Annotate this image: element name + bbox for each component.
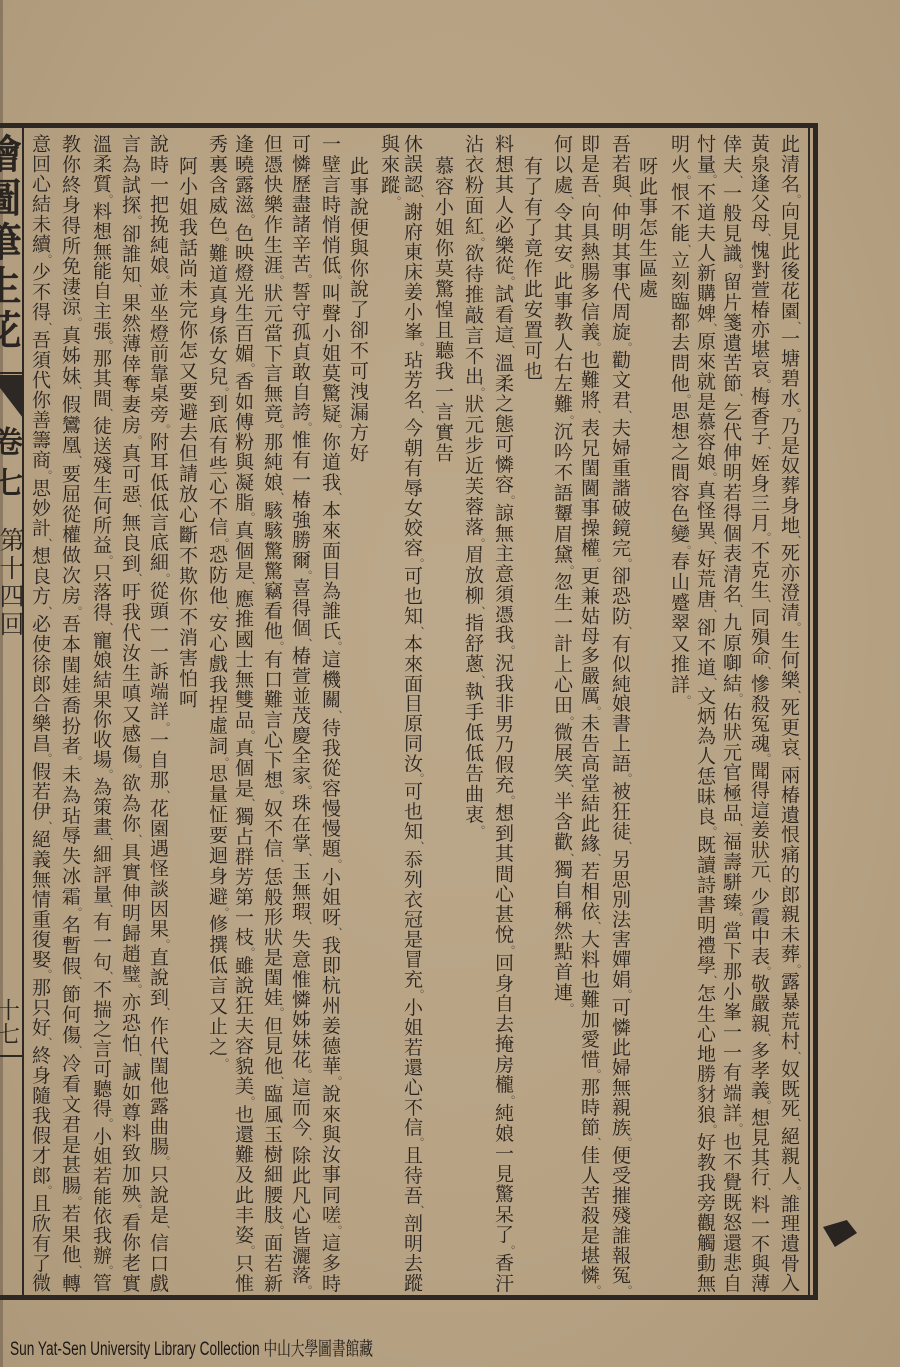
circle-punctuation: 。 [412,1137,425,1149]
chapter-label: 第十四回 [0,527,23,639]
dot-punctuation: 、 [300,638,313,650]
dot-punctuation: 、 [589,194,602,206]
dot-punctuation: 、 [272,1076,285,1088]
circle-punctuation: 。 [473,538,486,549]
dot-punctuation: 、 [789,757,802,769]
dot-punctuation: 、 [589,1137,602,1149]
circle-punctuation: 。 [473,237,486,248]
dot-punctuation: 、 [759,879,772,891]
circle-punctuation: 。 [330,1076,343,1088]
dot-punctuation: 、 [101,971,114,983]
text-column: 明火。恨不能、立刻臨都去問他。思想之間容色變。春山蹙翠又推詳。 [667,134,691,1292]
circle-punctuation: 。 [503,1095,516,1107]
dot-punctuation: 、 [789,690,802,702]
circle-punctuation: 。 [300,570,313,582]
dot-punctuation: 、 [731,393,744,405]
circle-punctuation: 。 [217,757,230,768]
text-column: 何以處、令其安。此事教人右左難。沉吟不語顰眉黛。忽生一計上心田。微展笑、半含歡、… [550,134,574,1292]
circle-punctuation: 。 [243,1096,256,1108]
circle-punctuation: 。 [679,545,692,556]
dot-punctuation: 、 [562,853,575,864]
dot-punctuation: 、 [158,1225,171,1237]
dot-punctuation: 、 [589,410,602,422]
circle-punctuation: 。 [158,424,171,436]
circle-punctuation: 。 [158,1156,171,1168]
circle-punctuation: 。 [243,730,256,742]
dot-punctuation: 、 [217,606,230,617]
circle-punctuation: 。 [70,317,83,329]
dot-punctuation: 、 [705,541,718,553]
circle-punctuation: 。 [130,435,143,447]
circle-punctuation: 。 [158,939,171,951]
dot-punctuation: 、 [130,504,143,516]
dot-punctuation: 、 [300,921,313,933]
dot-punctuation: 、 [620,194,633,206]
speech-column: 呀此事怎生區處 [635,156,659,1292]
circle-punctuation: 。 [562,415,575,426]
frame-inner-line [808,128,810,1295]
circle-punctuation: 。 [217,1058,230,1069]
volume-label: 卷七 [0,426,19,508]
folio-number: 十七 [0,998,18,1046]
circle-punctuation: 。 [705,472,718,484]
circle-punctuation: 。 [300,1069,313,1081]
circle-punctuation: 。 [158,573,171,585]
dot-punctuation: 、 [731,175,744,187]
circle-punctuation: 。 [731,912,744,924]
dot-punctuation: 、 [40,1037,53,1049]
speech-column: 慕容小姐你莫驚惶且聽我一言實告 [431,156,455,1292]
text-column: 說時一把挽純娘。並坐燈前靠桌旁。附耳低低言底細。從頭一一訴端詳。一自那、花園遇怪… [146,134,170,1292]
text-column: 倖夫、一般見識。留片箋遺苦節、乞代伸明若得個表清名、九原啣結。佑狀元官極品、福壽… [719,134,743,1292]
circle-punctuation: 。 [759,379,772,391]
speech-column: 有了有了竟作此安置可也 [520,156,544,1292]
circle-punctuation: 。 [731,264,744,276]
dot-punctuation: 、 [789,321,802,333]
dot-punctuation: 、 [300,1137,313,1149]
circle-punctuation: 。 [620,558,633,570]
dot-punctuation: 、 [243,798,256,810]
circle-punctuation: 。 [101,555,114,567]
circle-punctuation: 。 [272,641,285,653]
circle-punctuation: 。 [272,424,285,436]
dot-punctuation: 、 [412,841,425,853]
dot-punctuation: 、 [789,1118,802,1130]
text-column: 料想其人必樂從。試看這、溫柔之態可憐容。諒無主意須憑我。況我非男乃假充。想到其間… [491,134,515,1292]
dot-punctuation: 、 [759,1033,772,1045]
dot-punctuation: 、 [789,1051,802,1063]
circle-punctuation: 。 [412,989,425,1001]
circle-punctuation: 。 [40,470,53,482]
margin-divider-line [22,128,24,1295]
circle-punctuation: 。 [731,1123,744,1135]
circle-punctuation: 。 [620,1137,633,1149]
circle-punctuation: 。 [130,764,143,776]
text-column: 忖量。不道夫人新購婢、原來就是慕容娘。真怪異、好荒唐、卻不道、文炳為人恁昧良。既… [693,134,717,1292]
circle-punctuation: 。 [243,947,256,959]
circle-punctuation: 。 [562,716,575,727]
dot-punctuation: 、 [158,790,171,802]
dot-punctuation: 、 [101,904,114,916]
dot-punctuation: 、 [330,927,343,939]
text-column: 溫柔質。料想無能自主張。那其間、徒送殘生何所益。只落得、寵娘結果你收場。為策畫、… [89,134,113,1292]
circle-punctuation: 。 [412,558,425,570]
text-column: 但憑快樂作生涯。狀元當下言無竟。那純娘、駭駭驚驚竊看他。有口難言心下想。奴不信、… [260,134,284,1292]
circle-punctuation: 。 [70,1196,83,1208]
circle-punctuation: 。 [412,773,425,785]
circle-punctuation: 。 [679,695,692,706]
circle-punctuation: 。 [330,859,343,871]
dot-punctuation: 、 [412,1205,425,1217]
dot-punctuation: 、 [620,410,633,422]
dot-punctuation: 、 [731,823,744,835]
circle-punctuation: 。 [562,565,575,576]
circle-punctuation: 。 [300,274,313,286]
circle-punctuation: 。 [789,622,802,634]
dot-punctuation: 、 [70,1265,83,1277]
dot-punctuation: 、 [759,233,772,245]
dot-punctuation: 、 [562,784,575,795]
dot-punctuation: 、 [759,1187,772,1199]
dot-punctuation: 、 [679,244,692,255]
circle-punctuation: 。 [562,264,575,275]
dot-punctuation: 、 [40,821,53,833]
text-column: 言為試探。卻誰知、果然薄倖奪妻房。真可惡、無良到、吁我代汝生嗔又感傷。欲為你、具… [118,134,142,1292]
circle-punctuation: 。 [473,825,486,836]
dot-punctuation: 、 [101,837,114,849]
dot-punctuation: 、 [130,1053,143,1065]
circle-punctuation: 。 [101,769,114,781]
fishtail-mark-icon [0,372,23,420]
circle-punctuation: 。 [300,1285,313,1296]
text-column: 可憐歷盡諸辛苦。誓守孤貞敢自誇。惟有一椿強勝爾。喜得個、椿萱並茂慶全家。珠在掌、… [288,134,312,1292]
circle-punctuation: 。 [272,275,285,287]
text-column: 黃泉逢父母、愧對萱椿亦堪哀。梅香子、姪身三月。不克生、同殞命、慘殺冤魂。聞得這姜… [747,134,771,1292]
text-column: 意回心結未續。少不得、吾須代你善籌商。思妙計、想良方、必使徐郎合樂昌。假若伊、絕… [28,134,52,1292]
circle-punctuation: 。 [789,408,802,420]
dot-punctuation: 、 [40,606,53,618]
circle-punctuation: 。 [70,606,83,618]
circle-punctuation: 。 [589,1285,602,1296]
collection-credit: Sun Yat-Sen University Library Collectio… [10,1339,373,1361]
dot-punctuation: 、 [70,1045,83,1057]
dot-punctuation: 、 [562,196,575,207]
circle-punctuation: 。 [705,174,718,186]
dot-punctuation: 、 [473,675,486,686]
circle-punctuation: 。 [503,1245,516,1257]
circle-punctuation: 。 [759,966,772,978]
circle-punctuation: 。 [503,945,516,957]
dot-punctuation: 、 [40,538,53,550]
circle-punctuation: 。 [40,1185,53,1197]
circle-punctuation: 。 [679,394,692,405]
circle-punctuation: 。 [589,558,602,570]
dot-punctuation: 、 [731,604,744,616]
circle-punctuation: 。 [243,512,256,524]
circle-punctuation: 。 [731,693,744,705]
circle-punctuation: 。 [620,773,633,785]
circle-punctuation: 。 [272,1007,285,1019]
circle-punctuation: 。 [620,989,633,1001]
circle-punctuation: 。 [330,275,343,287]
circle-punctuation: 。 [389,196,402,207]
circle-punctuation: 。 [330,1225,343,1237]
circle-punctuation: 。 [679,175,692,186]
circle-punctuation: 。 [70,907,83,919]
circle-punctuation: 。 [589,706,602,718]
circle-punctuation: 。 [503,495,516,507]
dot-punctuation: 、 [272,859,285,871]
dot-punctuation: 、 [705,323,718,335]
text-column: 逢曉露滋。色映燈光生百媚。香如傅粉與凝脂。真個是、應推國士無雙品。真個是、獨占群… [231,134,255,1292]
circle-punctuation: 。 [300,785,313,797]
dot-punctuation: 、 [789,535,802,547]
circle-punctuation: 。 [70,756,83,768]
paper-hole [823,1220,857,1247]
circle-punctuation: 。 [705,826,718,838]
circle-punctuation: 。 [40,753,53,765]
circle-punctuation: 。 [330,641,343,653]
text-column: 休誤認、謝府東床姜小峯。玷芳名、今朝有辱女姣容。可也知、本來面目原同汝。可也知、… [400,134,424,1292]
text-column: 沾衣粉面紅。欲待推敲言不出。狀元步近芙蓉落。眉放柳、指舒蔥、執手低低告曲衷。 [461,134,485,1292]
circle-punctuation: 。 [620,1285,633,1296]
circle-punctuation: 。 [101,1265,114,1277]
text-column: 即是吾、向具熱腸多信義。也難將、表兄閨閫事操權。更兼姑母多嚴厲。未告高堂結此緣、… [577,134,601,1292]
circle-punctuation: 。 [759,532,772,544]
circle-punctuation: 。 [101,194,114,206]
circle-punctuation: 。 [589,342,602,354]
dot-punctuation: 、 [101,622,114,634]
circle-punctuation: 。 [503,276,516,288]
dot-punctuation: 、 [70,976,83,988]
text-column: 秀裏含威色。難道真身係女兒。到底有些心不信。恐防他、安心戲我捏虛詞。思量怔要迴身… [205,134,229,1292]
dot-punctuation: 、 [473,606,486,617]
book-title: 繪圖筆生花 [0,133,19,353]
circle-punctuation: 。 [300,422,313,434]
dot-punctuation: 、 [412,410,425,422]
dot-punctuation: 、 [40,322,53,334]
circle-punctuation: 。 [243,1245,256,1257]
circle-punctuation: 。 [759,1100,772,1112]
circle-punctuation: 。 [503,645,516,657]
circle-punctuation: 。 [503,795,516,807]
dot-punctuation: 、 [330,710,343,722]
dot-punctuation: 、 [589,853,602,865]
circle-punctuation: 。 [562,1003,575,1014]
dot-punctuation: 、 [70,455,83,467]
dot-punctuation: 、 [705,975,718,987]
text-column: 吾若與、仲明其事代周旋。勸文君、夫婦重諧破鏡完。卻恐防、有似純娘書上語。被狂徒、… [608,134,632,1292]
circle-punctuation: 。 [158,275,171,287]
text-column: 一壁言時悄悄低。叫聲小姐莫驚疑。你道我、本來面目為誰氏。這機關、待我從容慢慢題。… [318,134,342,1292]
text-column: 與來蹤。 [377,134,401,1292]
circle-punctuation: 。 [705,1124,718,1136]
dot-punctuation: 、 [130,834,143,846]
speech-column: 阿小姐我話尚未完你怎又要避去但請放心斷不欺你不消害怕呵 [175,156,199,1292]
circle-punctuation: 。 [40,254,53,266]
dot-punctuation: 、 [620,841,633,853]
dot-punctuation: 、 [412,194,425,206]
circle-punctuation: 。 [330,424,343,436]
circle-punctuation: 。 [789,194,802,206]
dot-punctuation: 、 [330,492,343,504]
circle-punctuation: 。 [789,1186,802,1198]
circle-punctuation: 。 [620,342,633,354]
dot-punctuation: 、 [503,345,516,357]
circle-punctuation: 。 [158,722,171,734]
dot-punctuation: 、 [705,609,718,621]
dot-punctuation: 、 [130,573,143,585]
folio-rule [0,1055,23,1057]
circle-punctuation: 。 [130,984,143,996]
circle-punctuation: 。 [789,964,802,976]
dot-punctuation: 、 [272,492,285,504]
circle-punctuation: 。 [243,363,256,375]
dot-punctuation: 、 [589,921,602,933]
circle-punctuation: 。 [217,907,230,918]
text-column: 教你終身得所免淒涼。真姊妹、假鸞凰、要屈從權做次房。吾本閨娃喬扮者。未為玷辱失冰… [58,134,82,1292]
circle-punctuation: 。 [243,214,256,226]
dot-punctuation: 、 [759,446,772,458]
dot-punctuation: 、 [101,408,114,420]
circle-punctuation: 。 [589,1069,602,1081]
circle-punctuation: 。 [473,387,486,398]
circle-punctuation: 。 [272,1225,285,1237]
dot-punctuation: 、 [759,599,772,611]
dot-punctuation: 、 [300,853,313,865]
dot-punctuation: 、 [759,666,772,678]
dot-punctuation: 、 [412,626,425,638]
dot-punctuation: 、 [130,284,143,296]
circle-punctuation: 。 [130,215,143,227]
dot-punctuation: 、 [243,581,256,593]
dot-punctuation: 、 [158,1007,171,1019]
text-column: 此清名。向見此後花園、一塘碧水。乃是奴葬身地、死亦澄清。生何樂、死更哀、兩椿遺恨… [777,134,801,1292]
circle-punctuation: 。 [217,237,230,248]
circle-punctuation: 。 [272,790,285,802]
dot-punctuation: 、 [70,386,83,398]
circle-punctuation: 。 [40,969,53,981]
circle-punctuation: 。 [101,1118,114,1130]
circle-punctuation: 。 [101,340,114,352]
dot-punctuation: 、 [620,626,633,638]
circle-punctuation: 。 [412,342,425,354]
speech-column: 此事說便與你說了卻不可洩漏方好 [346,156,370,1292]
circle-punctuation: 。 [130,1204,143,1216]
dot-punctuation: 、 [705,677,718,689]
circle-punctuation: 。 [217,387,230,398]
circle-punctuation: 。 [217,538,230,549]
circle-punctuation: 。 [759,753,772,765]
